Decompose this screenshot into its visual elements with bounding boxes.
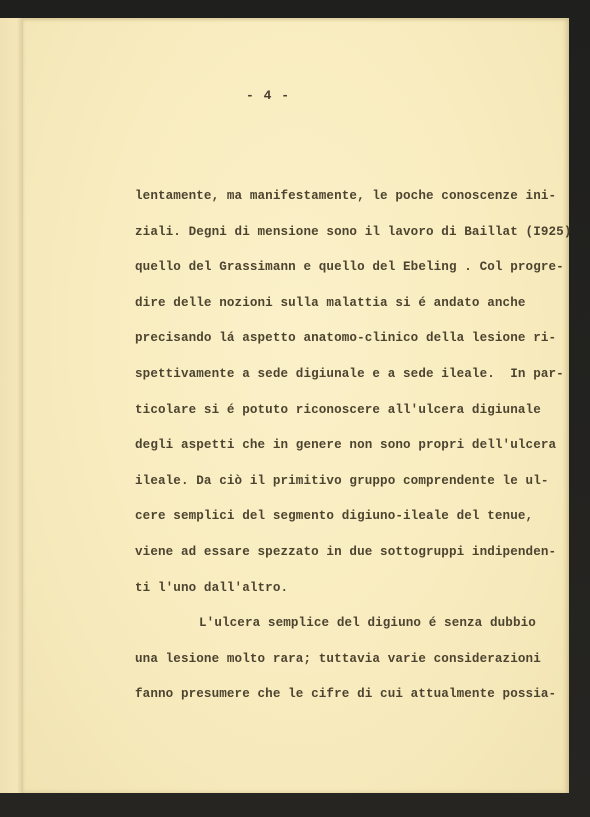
previous-page-edge — [0, 18, 25, 793]
text-line: precisando lá aspetto anatomo-clinico de… — [135, 328, 555, 364]
text-line: lentamente, ma manifestamente, le poche … — [135, 186, 555, 222]
text-line: spettivamente a sede digiunale e a sede … — [135, 364, 555, 400]
page-number-text: - 4 - — [246, 88, 290, 103]
text-line: dire delle nozioni sulla malattia si é a… — [135, 293, 555, 329]
text-line: ziali. Degni di mensione sono il lavoro … — [135, 222, 555, 258]
body-text: lentamente, ma manifestamente, le poche … — [135, 186, 555, 720]
paragraph-first-line: L'ulcera semplice del digiuno é senza du… — [135, 613, 555, 649]
text-line: degli aspetti che in genere non sono pro… — [135, 435, 555, 471]
text-line: una lesione molto rara; tuttavia varie c… — [135, 649, 555, 685]
text-line: viene ad essare spezzato in due sottogru… — [135, 542, 555, 578]
text-line: ticolare si é potuto riconoscere all'ulc… — [135, 400, 555, 436]
document-page: - 4 - lentamente, ma manifestamente, le … — [23, 18, 569, 793]
text-line: cere semplici del segmento digiuno-ileal… — [135, 506, 555, 542]
text-line: ti l'uno dall'altro. — [135, 578, 555, 614]
text-line: ileale. Da ciò il primitivo gruppo compr… — [135, 471, 555, 507]
text-line: fanno presumere che le cifre di cui attu… — [135, 684, 555, 720]
page-number: - 4 - — [23, 88, 569, 103]
text-line: quello del Grassimann e quello del Ebeli… — [135, 257, 555, 293]
